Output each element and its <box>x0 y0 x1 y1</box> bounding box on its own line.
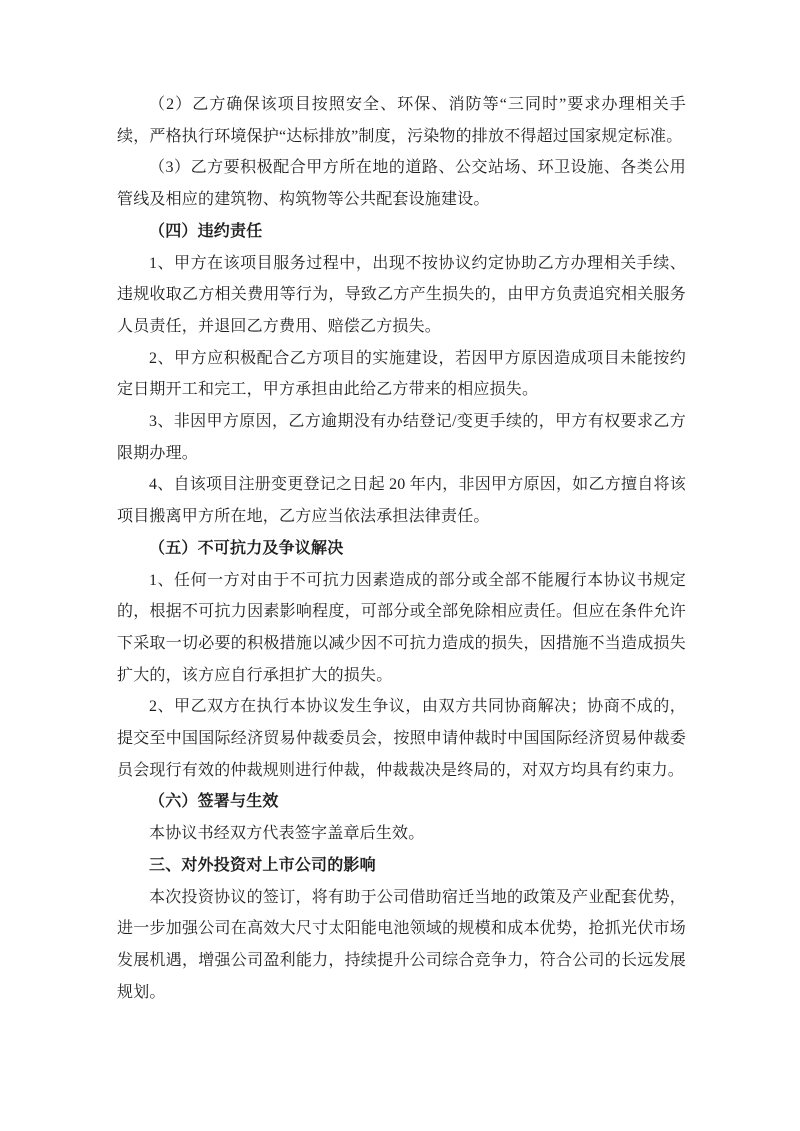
body-paragraph: 2、甲乙双方在执行本协议发生争议，由双方共同协商解决；协商不成的，提交至中国国际… <box>117 691 686 786</box>
body-paragraph: 2、甲方应积极配合乙方项目的实施建设，若因甲方原因造成项目未能按约定日期开工和完… <box>117 343 686 406</box>
body-paragraph: 本协议书经双方代表签字盖章后生效。 <box>117 818 686 850</box>
body-paragraph: 本次投资协议的签订，将有助于公司借助宿迁当地的政策及产业配套优势，进一步加强公司… <box>117 882 686 1009</box>
section-heading: （五）不可抗力及争议解决 <box>117 533 686 565</box>
section-heading: 三、对外投资对上市公司的影响 <box>117 850 686 882</box>
body-paragraph: 4、自该项目注册变更登记之日起 20 年内，非因甲方原因，如乙方擅自将该项目搬离… <box>117 469 686 532</box>
body-paragraph: （3）乙方要积极配合甲方所在地的道路、公交站场、环卫设施、各类公用管线及相应的建… <box>117 152 686 215</box>
body-paragraph: 1、甲方在该项目服务过程中，出现不按协议约定协助乙方办理相关手续、违规收取乙方相… <box>117 248 686 343</box>
document-page: （2）乙方确保该项目按照安全、环保、消防等“三同时”要求办理相关手续，严格执行环… <box>0 0 800 1131</box>
document-body: （2）乙方确保该项目按照安全、环保、消防等“三同时”要求办理相关手续，严格执行环… <box>117 89 686 1008</box>
body-paragraph: （2）乙方确保该项目按照安全、环保、消防等“三同时”要求办理相关手续，严格执行环… <box>117 89 686 152</box>
section-heading: （六）签署与生效 <box>117 786 686 818</box>
body-paragraph: 3、非因甲方原因，乙方逾期没有办结登记/变更手续的，甲方有权要求乙方限期办理。 <box>117 406 686 469</box>
section-heading: （四）违约责任 <box>117 216 686 248</box>
body-paragraph: 1、任何一方对由于不可抗力因素造成的部分或全部不能履行本协议书规定的，根据不可抗… <box>117 565 686 692</box>
